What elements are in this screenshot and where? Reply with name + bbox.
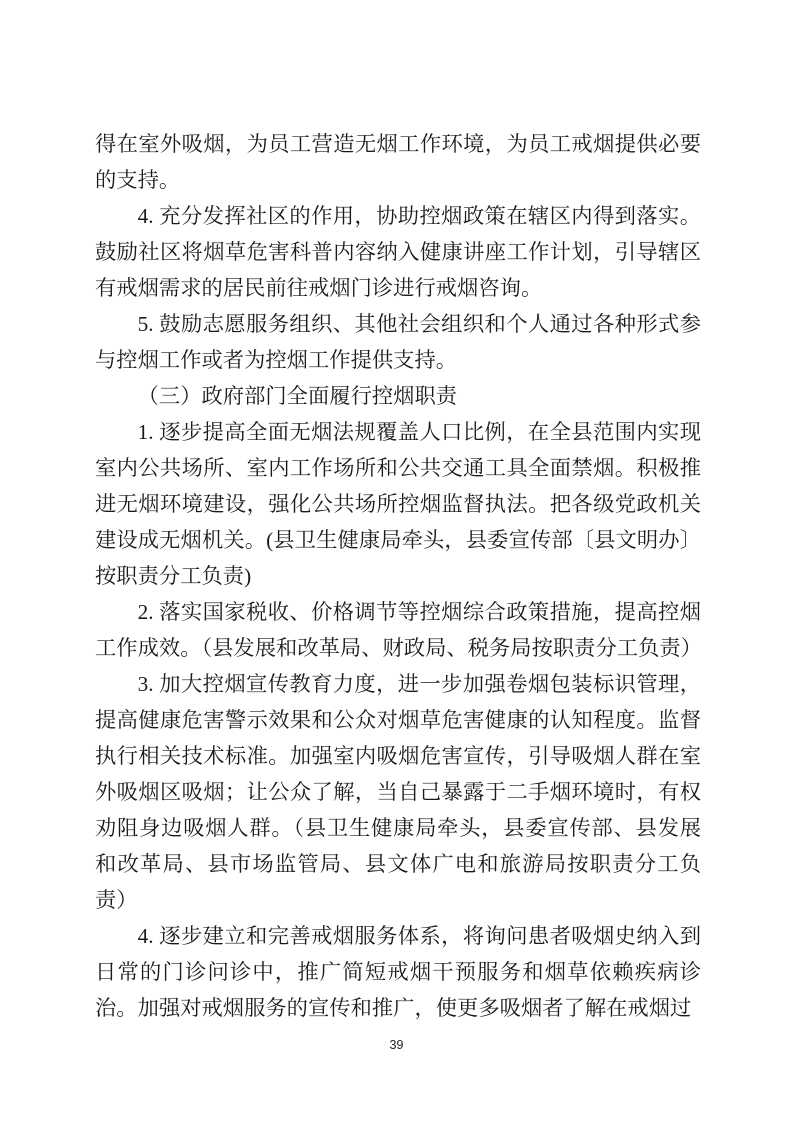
document-body: 得在室外吸烟，为员工营造无烟工作环境，为员工戒烟提供必要的支持。 4. 充分发挥… xyxy=(95,126,701,1026)
paragraph-item-2-tax-policy: 2. 落实国家税收、价格调节等控烟综合政策措施，提高控烟工作成效。（县发展和改革… xyxy=(95,594,701,666)
paragraph-item-1-smokefree-laws: 1. 逐步提高全面无烟法规覆盖人口比例，在全县范围内实现室内公共场所、室内工作场… xyxy=(95,414,701,594)
page-number: 39 xyxy=(390,1038,404,1052)
page-footer: 39 xyxy=(0,1036,793,1054)
paragraph-item-4-community-role: 4. 充分发挥社区的作用，协助控烟政策在辖区内得到落实。鼓励社区将烟草危害科普内… xyxy=(95,198,701,306)
section-heading-government-duties: （三）政府部门全面履行控烟职责 xyxy=(95,378,701,414)
paragraph-item-3-publicity-education: 3. 加大控烟宣传教育力度，进一步加强卷烟包装标识管理，提高健康危害警示效果和公… xyxy=(95,666,701,918)
paragraph-item-4-cessation-services: 4. 逐步建立和完善戒烟服务体系，将询问患者吸烟史纳入到日常的门诊问诊中，推广简… xyxy=(95,918,701,1026)
paragraph-continued-from-previous-page: 得在室外吸烟，为员工营造无烟工作环境，为员工戒烟提供必要的支持。 xyxy=(95,126,701,198)
paragraph-item-5-volunteer-orgs: 5. 鼓励志愿服务组织、其他社会组织和个人通过各种形式参与控烟工作或者为控烟工作… xyxy=(95,306,701,378)
document-page: 得在室外吸烟，为员工营造无烟工作环境，为员工戒烟提供必要的支持。 4. 充分发挥… xyxy=(0,0,793,1122)
